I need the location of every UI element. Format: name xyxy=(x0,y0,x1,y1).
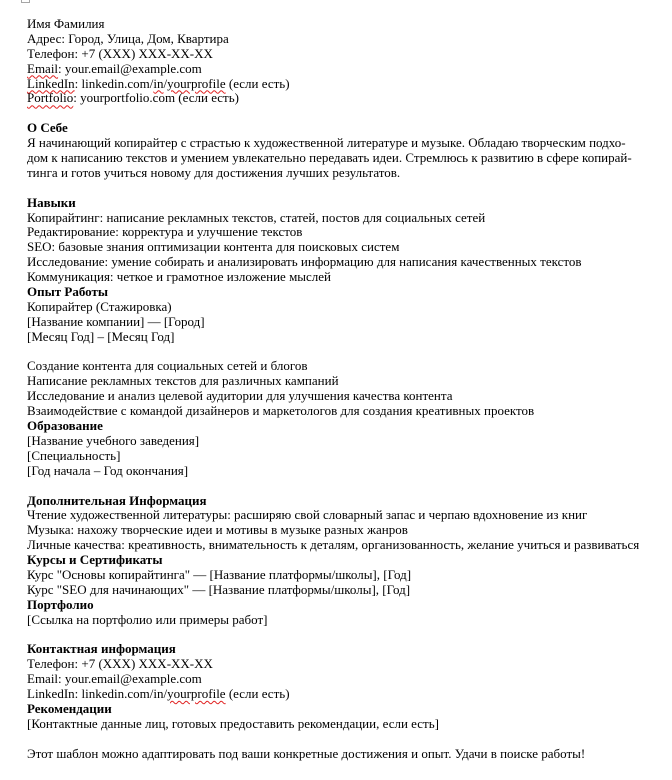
portfolio-link-placeholder: [Ссылка на портфолио или примеры работ] xyxy=(27,613,667,628)
portfolio-line: Portfolio: yourportfolio.com (если есть) xyxy=(27,91,667,106)
blank-line xyxy=(27,181,667,196)
experience-duty: Взаимодействие с командой дизайнеров и м… xyxy=(27,404,667,419)
about-line: тинга и готов учиться новому для достиже… xyxy=(27,166,667,181)
course-item: Курс "SEO для начинающих" — [Название пл… xyxy=(27,583,667,598)
spellcheck-linkedin-profile[interactable]: yourprofile xyxy=(167,76,225,91)
contact-linkedin-prefix: LinkedIn: linkedin.com/in/ xyxy=(27,686,167,701)
section-heading-skills: Навыки xyxy=(27,196,667,211)
text-boundary-corner-marker xyxy=(21,0,30,3)
linkedin-note: (если есть) xyxy=(226,76,290,91)
skill-item: Редактирование: корректура и улучшение т… xyxy=(27,225,667,240)
skill-item: Коммуникация: четкое и грамотное изложен… xyxy=(27,270,667,285)
spellcheck-linkedin-label[interactable]: LinkedIn xyxy=(27,76,75,91)
phone-line: Телефон: +7 (XXX) XXX-XX-XX xyxy=(27,47,667,62)
section-heading-education: Образование xyxy=(27,419,667,434)
section-heading-contacts: Контактная информация xyxy=(27,642,667,657)
section-heading-portfolio: Портфолио xyxy=(27,598,667,613)
skill-item: Исследование: умение собирать и анализир… xyxy=(27,255,667,270)
blank-line xyxy=(27,345,667,360)
blank-line xyxy=(27,628,667,643)
experience-company: [Название компании] — [Город] xyxy=(27,315,667,330)
section-heading-about: О Себе xyxy=(27,121,667,136)
experience-duty: Написание рекламных текстов для различны… xyxy=(27,374,667,389)
additional-item: Музыка: нахожу творческие идеи и мотивы … xyxy=(27,523,667,538)
skill-item: Копирайтинг: написание рекламных текстов… xyxy=(27,211,667,226)
linkedin-domain: : linkedin.com/ xyxy=(75,76,154,91)
blank-line xyxy=(27,479,667,494)
email-line: Email: your.email@example.com xyxy=(27,62,667,77)
education-institution: [Название учебного заведения] xyxy=(27,434,667,449)
skill-item: SEO: базовые знания оптимизации контента… xyxy=(27,240,667,255)
about-line: Я начинающий копирайтер с страстью к худ… xyxy=(27,136,667,151)
additional-item: Чтение художественной литературы: расшир… xyxy=(27,508,667,523)
contact-linkedin-note: (если есть) xyxy=(226,686,290,701)
document-page[interactable]: Имя Фамилия Адрес: Город, Улица, Дом, Кв… xyxy=(27,17,667,762)
experience-period: [Месяц Год] – [Месяц Год] xyxy=(27,330,667,345)
section-heading-courses: Курсы и Сертификаты xyxy=(27,553,667,568)
contact-phone: Телефон: +7 (XXX) XXX-XX-XX xyxy=(27,657,667,672)
full-name: Имя Фамилия xyxy=(27,17,667,32)
section-heading-additional: Дополнительная Информация xyxy=(27,494,667,509)
address-line: Адрес: Город, Улица, Дом, Квартира xyxy=(27,32,667,47)
about-line: дом к написанию текстов и умением увлека… xyxy=(27,151,667,166)
contact-email: Email: your.email@example.com xyxy=(27,672,667,687)
contact-linkedin: LinkedIn: linkedin.com/in/yourprofile (е… xyxy=(27,687,667,702)
spellcheck-email-label[interactable]: Email xyxy=(27,61,58,76)
spellcheck-portfolio-label[interactable]: Portfolio xyxy=(27,90,73,105)
spellcheck-linkedin-in[interactable]: in xyxy=(153,76,163,91)
closing-note: Этот шаблон можно адаптировать под ваши … xyxy=(27,747,667,762)
section-heading-references: Рекомендации xyxy=(27,702,667,717)
blank-line xyxy=(27,106,667,121)
experience-duty: Исследование и анализ целевой аудитории … xyxy=(27,389,667,404)
spellcheck-contact-linkedin-profile[interactable]: yourprofile xyxy=(167,686,225,701)
additional-item: Личные качества: креативность, вниматель… xyxy=(27,538,667,553)
blank-line xyxy=(27,732,667,747)
education-specialty: [Специальность] xyxy=(27,449,667,464)
references-text: [Контактные данные лиц, готовых предоста… xyxy=(27,717,667,732)
linkedin-line: LinkedIn: linkedin.com/in/yourprofile (е… xyxy=(27,77,667,92)
course-item: Курс "Основы копирайтинга" — [Название п… xyxy=(27,568,667,583)
section-heading-experience: Опыт Работы xyxy=(27,285,667,300)
experience-duty: Создание контента для социальных сетей и… xyxy=(27,359,667,374)
experience-position: Копирайтер (Стажировка) xyxy=(27,300,667,315)
education-years: [Год начала – Год окончания] xyxy=(27,464,667,479)
portfolio-value: : yourportfolio.com (если есть) xyxy=(73,90,239,105)
email-value: : your.email@example.com xyxy=(58,61,202,76)
